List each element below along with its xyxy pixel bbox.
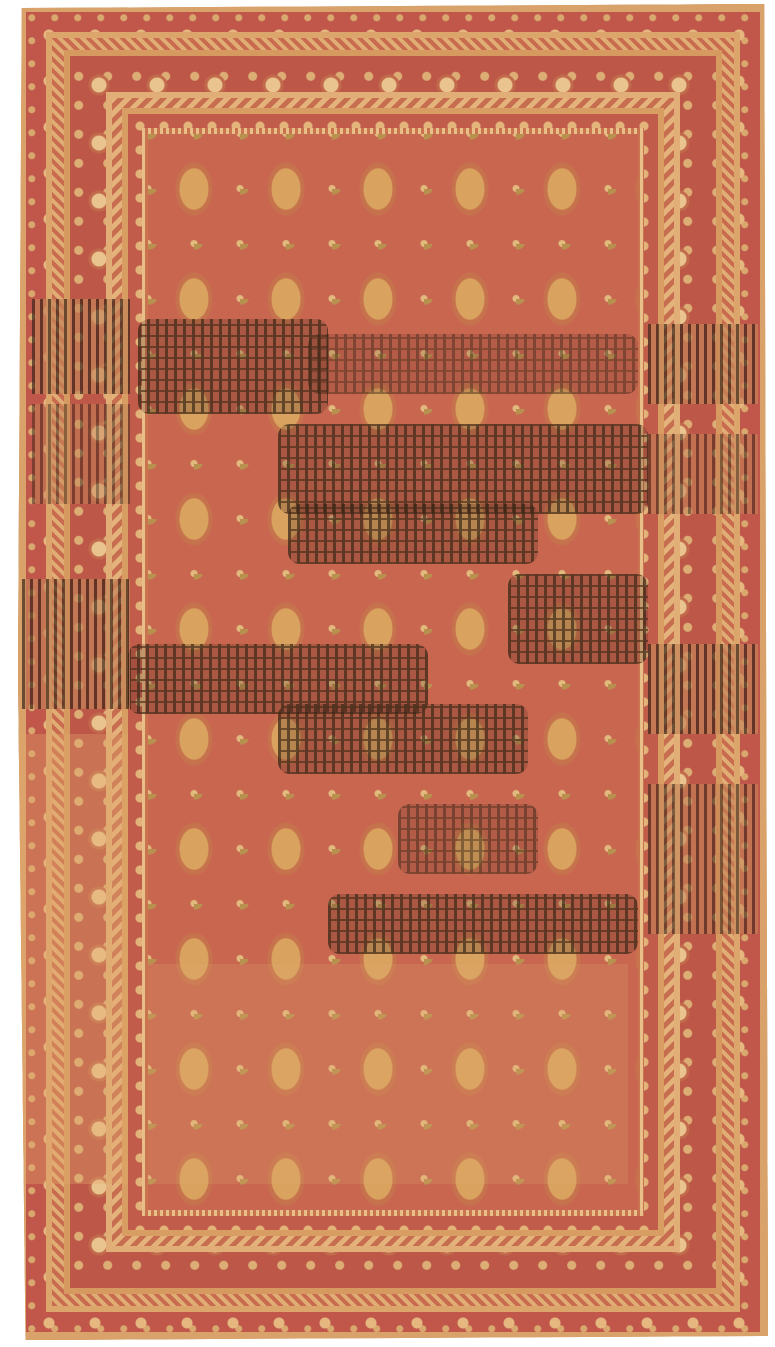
dark-motif-region — [278, 424, 648, 514]
dark-motif-region — [328, 894, 638, 954]
dark-motif-region — [138, 319, 328, 414]
rug — [18, 4, 768, 1340]
dark-border-band — [648, 784, 758, 934]
dark-border-band — [648, 434, 758, 514]
dark-motif-region — [508, 574, 648, 664]
dark-motif-region — [288, 504, 538, 564]
dark-border-band — [32, 404, 130, 504]
dark-border-band — [648, 324, 758, 404]
faded-region — [148, 964, 628, 1184]
dark-motif-region — [398, 804, 538, 874]
dark-border-band — [22, 579, 130, 709]
dark-motif-region — [278, 704, 528, 774]
dark-motif-region — [308, 334, 638, 394]
dark-border-band — [648, 644, 758, 734]
dark-border-band — [32, 299, 130, 394]
faded-region — [18, 734, 128, 1184]
